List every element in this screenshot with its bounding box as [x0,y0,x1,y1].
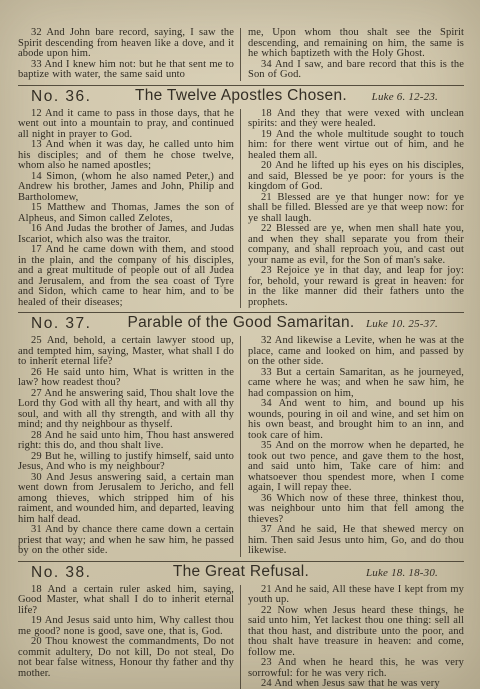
verse-paragraph: 13 And when it was day, he called unto h… [18,140,234,172]
verse-paragraph: 23 Rejoice ye in that day, and leap for … [248,266,464,308]
verse-paragraph: 26 He said unto him, What is written in … [18,368,234,389]
column-left: 12 And it came to pass in those days, th… [18,109,240,309]
verse-paragraph: 20 And he lifted up his eyes on his disc… [248,161,464,193]
section: No. 36. The Twelve Apostles Chosen. Luke… [18,85,464,309]
verse-paragraph: 20 Thou knowest the commandments, Do not… [18,637,234,679]
verse-paragraph: me, Upon whom thou shalt see the Spirit … [248,28,464,60]
section-number: No. 36. [31,88,91,106]
verse-paragraph: 24 And when Jesus saw that he was very [248,679,464,689]
scripture-reference: Luke 6. 12-23. [372,91,438,103]
section: 32 And John bare record, saying, I saw t… [18,28,464,81]
verse-paragraph: 37 And he said, He that shewed mercy on … [248,525,464,557]
verse-paragraph: 18 And they that were vexed with unclean… [248,109,464,130]
column-right: 21 And he said, All these have I kept fr… [241,585,464,689]
verse-paragraph: 18 And a certain ruler asked him, saying… [18,585,234,617]
verse-paragraph: 28 And he said unto him, Thou hast answe… [18,431,234,452]
scripture-reference: Luke 10. 25-37. [366,318,438,330]
verse-paragraph: 32 And John bare record, saying, I saw t… [18,28,234,60]
section-header: No. 38. The Great Refusal. Luke 18. 18-3… [18,561,464,584]
verse-paragraph: 14 Simon, (whom he also named Peter,) an… [18,172,234,204]
verse-paragraph: 34 And went to him, and bound up his wou… [248,399,464,441]
book-page: 32 And John bare record, saying, I saw t… [0,0,480,689]
verse-paragraph: 23 And when he heard this, he was very s… [248,658,464,679]
verse-paragraph: 27 And he answering said, Thou shalt lov… [18,389,234,431]
verse-paragraph: 33 And I knew him not: but he that sent … [18,60,234,81]
verse-paragraph: 30 And Jesus answering said, a certain m… [18,473,234,526]
section-number: No. 37. [31,315,91,333]
section: No. 38. The Great Refusal. Luke 18. 18-3… [18,561,464,689]
verse-paragraph: 22 Now when Jesus heard these things, he… [248,606,464,659]
section-header: No. 37. Parable of the Good Samaritan. L… [18,312,464,335]
column-left: 18 And a certain ruler asked him, saying… [18,585,240,689]
scripture-reference: Luke 18. 18-30. [366,567,438,579]
two-column-text: 32 And John bare record, saying, I saw t… [18,28,464,81]
section-header: No. 36. The Twelve Apostles Chosen. Luke… [18,85,464,108]
two-column-text: 18 And a certain ruler asked him, saying… [18,585,464,689]
two-column-text: 25 And, behold, a certain lawyer stood u… [18,336,464,557]
verse-paragraph: 33 But a certain Samaritan, as he journe… [248,368,464,400]
column-right: 18 And they that were vexed with unclean… [241,109,464,309]
column-left: 32 And John bare record, saying, I saw t… [18,28,240,81]
verse-paragraph: 16 And Judas the brother of James, and J… [18,224,234,245]
section: No. 37. Parable of the Good Samaritan. L… [18,312,464,557]
section-number: No. 38. [31,564,91,582]
verse-paragraph: 19 And Jesus said unto him, Why callest … [18,616,234,637]
page-content: 32 And John bare record, saying, I saw t… [0,0,480,689]
verse-paragraph: 35 And on the morrow when he departed, h… [248,441,464,494]
two-column-text: 12 And it came to pass in those days, th… [18,109,464,309]
verse-paragraph: 22 Blessed are ye, when men shall hate y… [248,224,464,266]
verse-paragraph: 25 And, behold, a certain lawyer stood u… [18,336,234,368]
column-right: me, Upon whom thou shalt see the Spirit … [241,28,464,81]
verse-paragraph: 31 And by chance there came down a certa… [18,525,234,557]
verse-paragraph: 36 Which now of these three, thinkest th… [248,494,464,526]
column-right: 32 And likewise a Levite, when he was at… [241,336,464,557]
column-left: 25 And, behold, a certain lawyer stood u… [18,336,240,557]
verse-paragraph: 19 And the whole multitude sought to tou… [248,130,464,162]
verse-paragraph: 12 And it came to pass in those days, th… [18,109,234,141]
verse-paragraph: 15 Matthew and Thomas, James the son of … [18,203,234,224]
verse-paragraph: 21 Blessed are ye that hunger now: for y… [248,193,464,225]
verse-paragraph: 32 And likewise a Levite, when he was at… [248,336,464,368]
verse-paragraph: 21 And he said, All these have I kept fr… [248,585,464,606]
verse-paragraph: 34 And I saw, and bare record that this … [248,60,464,81]
verse-paragraph: 17 And he came down with them, and stood… [18,245,234,308]
verse-paragraph: 29 But he, willing to justify himself, s… [18,452,234,473]
